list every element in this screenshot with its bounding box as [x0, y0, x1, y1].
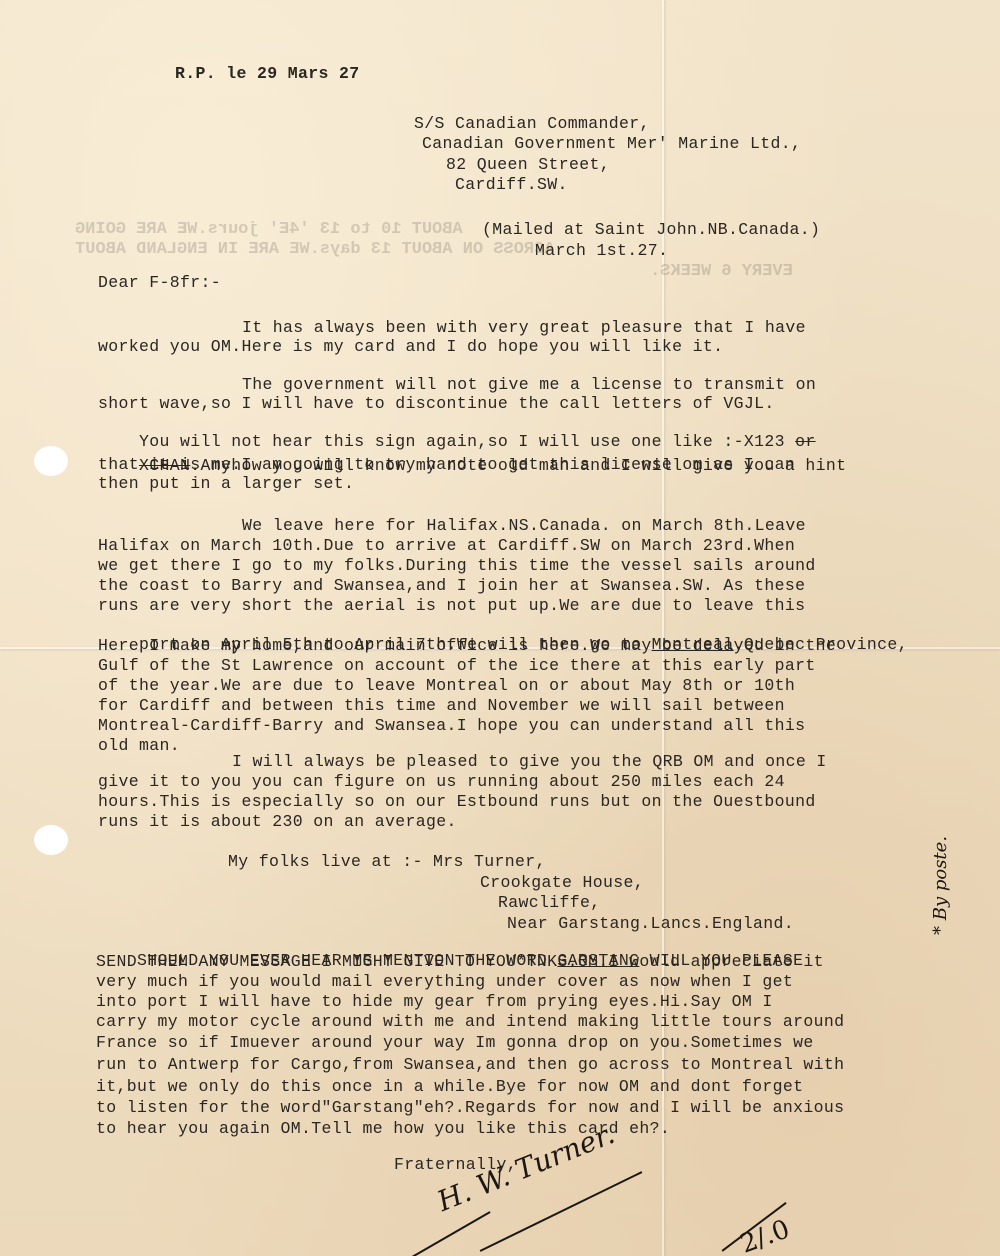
- punch-hole-top: [34, 446, 68, 476]
- text-line: we get there I go to my folks.During thi…: [98, 556, 816, 575]
- text-line: runs it is about 230 on an average.: [98, 812, 457, 831]
- mailed-date: March 1st.27.: [535, 241, 668, 260]
- salutation: Dear F-8fr:-: [98, 273, 221, 292]
- show-through-line: ACROSS ON ABOUT 13 days.WE ARE IN ENGLAN…: [75, 240, 554, 260]
- text-line: old man.: [98, 736, 180, 755]
- address-line: Crookgate House,: [480, 873, 644, 892]
- address-line: Near Garstang.Lancs.England.: [507, 914, 794, 933]
- address-line: Cardiff.SW.: [455, 175, 568, 194]
- address-line: Rawcliffe,: [498, 893, 601, 912]
- text-line: that it is me.I am going to try hard to …: [98, 455, 795, 474]
- text-line: then put in a larger set.: [98, 474, 354, 493]
- text-line: to listen for the word"Garstang"eh?.Rega…: [96, 1098, 844, 1117]
- address-line: My folks live at :- Mrs Turner,: [228, 852, 546, 871]
- text-line: hours.This is especially so on our Estbo…: [98, 792, 816, 811]
- show-through-line: EVERY 6 WEEKS.: [650, 262, 793, 282]
- mailed-note: (Mailed at Saint John.NB.Canada.): [482, 220, 820, 239]
- text-line: It has always been with very great pleas…: [242, 318, 806, 337]
- text-line: France so if Imuever around your way Im …: [96, 1033, 814, 1052]
- address-line: Canadian Government Mer' Marine Ltd.,: [422, 134, 801, 153]
- text-line: Halifax on March 10th.Due to arrive at C…: [98, 536, 795, 555]
- punch-hole-bottom: [34, 825, 68, 855]
- text-line: Montreal-Cardiff-Barry and Swansea.I hop…: [98, 716, 805, 735]
- text-line: of the year.We are due to leave Montreal…: [98, 676, 795, 695]
- text-line: very much if you would mail everything u…: [96, 972, 793, 991]
- show-through-line: ABOUT 10 to 13 '4E' jours.WE ARE GOING: [75, 220, 463, 240]
- text-line: The government will not give me a licens…: [242, 375, 816, 394]
- text-line: it,but we only do this once in a while.B…: [96, 1077, 803, 1096]
- text-line: for Cardiff and between this time and No…: [98, 696, 785, 715]
- text-line: runs are very short the aerial is not pu…: [98, 596, 805, 615]
- dateline: R.P. le 29 Mars 27: [175, 64, 360, 83]
- text-line: Gulf of the St Lawrence on account of th…: [98, 656, 816, 675]
- text-line: Here I make my home,and our main office …: [98, 636, 836, 655]
- address-line: S/S Canadian Commander,: [414, 114, 650, 133]
- text-line: worked you OM.Here is my card and I do h…: [98, 337, 723, 356]
- text-line: We leave here for Halifax.NS.Canada. on …: [242, 516, 806, 535]
- text-line: short wave,so I will have to discontinue…: [98, 394, 775, 413]
- text-line: the coast to Barry and Swansea,and I joi…: [98, 576, 805, 595]
- text-line: SEND THEM ANY MESSAGE I MIGHT GIVE TO YO…: [96, 952, 824, 971]
- text-line: give it to you you can figure on us runn…: [98, 772, 785, 791]
- address-line: 82 Queen Street,: [446, 155, 610, 174]
- text-line: run to Antwerp for Cargo,from Swansea,an…: [96, 1055, 844, 1074]
- text-line: into port I will have to hide my gear fr…: [96, 992, 773, 1011]
- text-line: carry my motor cycle around with me and …: [96, 1012, 844, 1031]
- text-line: I will always be pleased to give you the…: [232, 752, 827, 771]
- margin-annotation: * By poste.: [930, 836, 951, 935]
